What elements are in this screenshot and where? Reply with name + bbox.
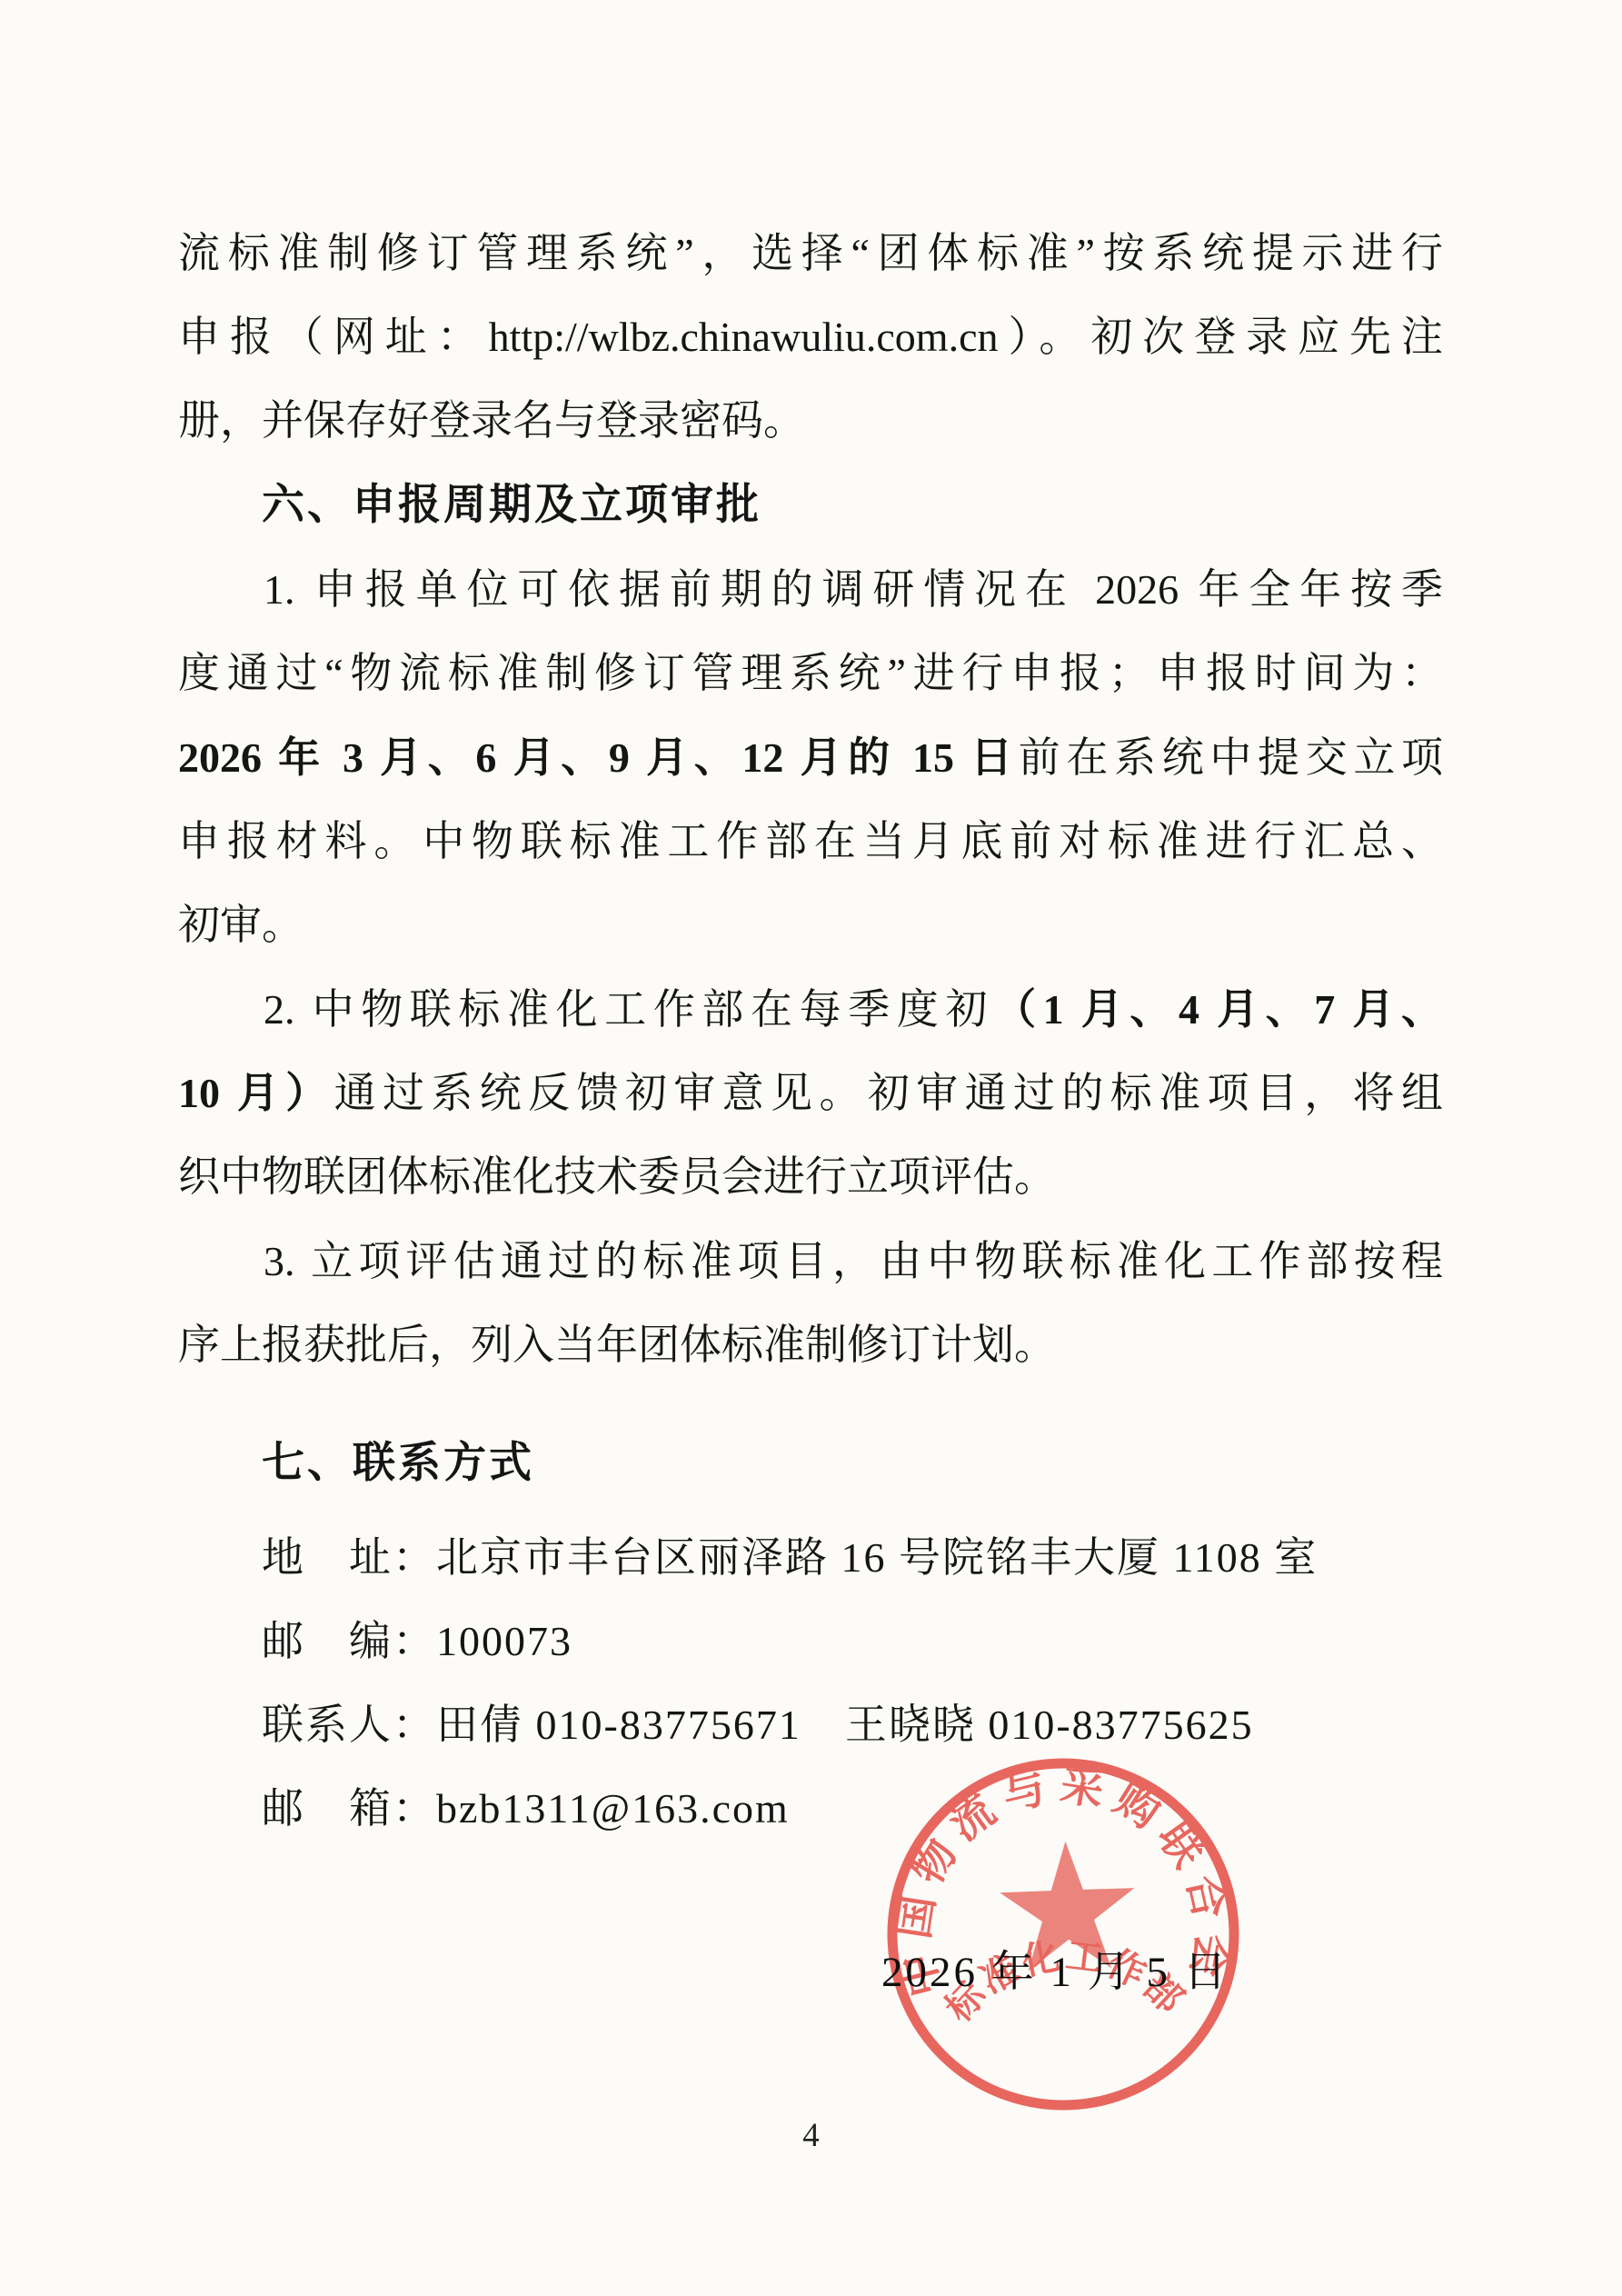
body-line: 初审。 [178, 897, 1443, 953]
body-text: 序上报获批后，列入当年团体标准制修订计划。 [178, 1322, 1056, 1368]
body-line: 2. 中物联标准化工作部在每季度初（1 月、4 月、7 月、 [178, 982, 1443, 1038]
body-text: 度通过“物流标准制修订管理系统”进行申报；申报时间为： [178, 650, 1443, 696]
body-line: 流标准制修订管理系统”，选择“团体标准”按系统提示进行 [178, 225, 1443, 282]
body-line: 2026 年 3 月、6 月、9 月、12 月的 15 日前在系统中提交立项 [178, 730, 1443, 786]
document-date: 2026 年 1 月 5 日 [881, 1938, 1229, 1999]
body-line: 度通过“物流标准制修订管理系统”进行申报；申报时间为： [178, 645, 1443, 702]
page-number: 4 [0, 2116, 1622, 2155]
section-heading-text: 六、申报周期及立项审批 [262, 480, 761, 528]
body-text-url: 申报（网址：http://wlbz.chinawuliu.com.cn）。初次登… [178, 314, 1443, 360]
contact-address: 地 址：北京市丰台区丽泽路 16 号院铭丰大厦 1108 室 [262, 1534, 1318, 1581]
body-text: 申报材料。中物联标准工作部在当月底前对标准进行汇总、 [178, 818, 1443, 864]
contact-email-line: 邮 箱：bzb1311@163.com [178, 1781, 1443, 1837]
body-text: 通过系统反馈初审意见。初审通过的标准项目，将组 [334, 1070, 1443, 1116]
body-text: 3. 立项评估通过的标准项目，由中物联标准化工作部按程 [264, 1238, 1443, 1284]
contact-person-phones: 联系人：田倩 010-83775671 王晓晓 010-83775625 [262, 1702, 1254, 1748]
body-text: 1. 申报单位可依据前期的调研情况在 2026 年全年按季 [264, 566, 1443, 613]
official-red-seal: 中国物流与采购联合会 标准化工作部 [873, 1744, 1253, 2124]
contact-zipcode: 邮 编：100073 [262, 1618, 572, 1664]
contact-person-line: 联系人：田倩 010-83775671 王晓晓 010-83775625 [178, 1697, 1443, 1753]
section-heading-text: 七、联系方式 [262, 1438, 534, 1486]
body-line: 10 月）通过系统反馈初审意见。初审通过的标准项目，将组 [178, 1065, 1443, 1122]
section-heading-6: 六、申报周期及立项审批 [178, 476, 1443, 533]
body-line: 1. 申报单位可依据前期的调研情况在 2026 年全年按季 [178, 562, 1443, 618]
body-line: 织中物联团体标准化技术委员会进行立项评估。 [178, 1149, 1443, 1205]
body-line: 3. 立项评估通过的标准项目，由中物联标准化工作部按程 [178, 1233, 1443, 1290]
body-text: 初审。 [178, 902, 304, 948]
body-text: 前在系统中提交立项 [1019, 734, 1443, 781]
contact-email: 邮 箱：bzb1311@163.com [262, 1785, 790, 1832]
body-text-bold-months: 10 月） [178, 1070, 334, 1116]
body-text-bold-months: （1 月、4 月、7 月、 [994, 986, 1443, 1033]
body-line: 册，并保存好登录名与登录密码。 [178, 393, 1443, 449]
body-text: 2. 中物联标准化工作部在每季度初 [264, 986, 994, 1033]
body-line: 申报（网址：http://wlbz.chinawuliu.com.cn）。初次登… [178, 309, 1443, 365]
body-text: 流标准制修订管理系统”，选择“团体标准”按系统提示进行 [178, 230, 1443, 276]
body-text-bold-dates: 2026 年 3 月、6 月、9 月、12 月的 15 日 [178, 734, 1019, 781]
document-page: 流标准制修订管理系统”，选择“团体标准”按系统提示进行 申报（网址：http:/… [0, 0, 1622, 2296]
contact-address-line: 地 址：北京市丰台区丽泽路 16 号院铭丰大厦 1108 室 [178, 1530, 1443, 1586]
body-text: 织中物联团体标准化技术委员会进行立项评估。 [178, 1153, 1056, 1200]
contact-zipcode-line: 邮 编：100073 [178, 1613, 1443, 1670]
body-line: 申报材料。中物联标准工作部在当月底前对标准进行汇总、 [178, 814, 1443, 870]
body-line: 序上报获批后，列入当年团体标准制修订计划。 [178, 1317, 1443, 1373]
section-heading-7: 七、联系方式 [178, 1434, 1443, 1491]
body-text: 册，并保存好登录名与登录密码。 [178, 397, 805, 444]
